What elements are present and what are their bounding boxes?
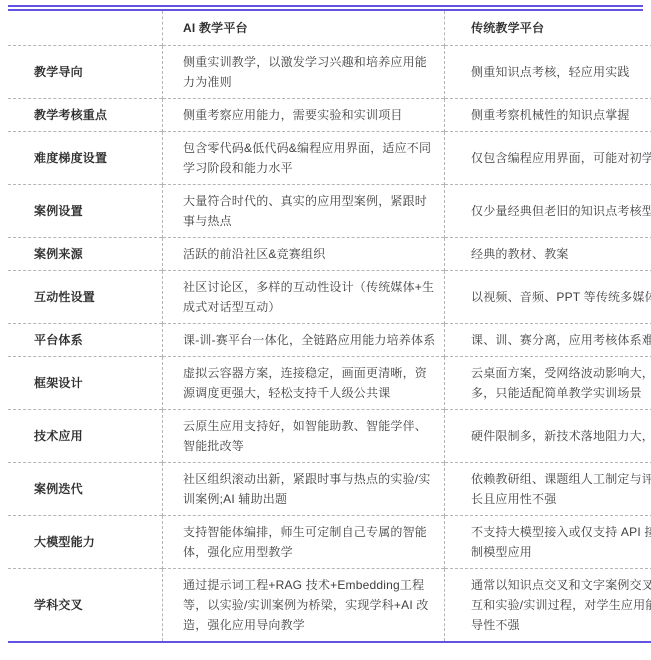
comparison-table: AI 教学平台 传统教学平台 教学导向 侧重实训教学，以激发学习兴趣和培养应用能… [8,5,643,643]
ai-platform-cell: 侧重实训教学，以激发学习兴趣和培养应用能力为准则 [163,46,445,99]
traditional-platform-cell: 课、训、赛分离，应用考核体系难系统化 [445,324,651,357]
traditional-platform-cell: 侧重考察机械性的知识点掌握 [445,99,651,132]
traditional-platform-cell: 经典的教材、教案 [445,238,651,271]
table-row: 案例来源 活跃的前沿社区&竞赛组织 经典的教材、教案 [8,238,651,271]
row-label: 难度梯度设置 [8,132,163,185]
table-header-row: AI 教学平台 传统教学平台 [8,11,651,46]
ai-platform-cell: 包含零代码&低代码&编程应用界面，适应不同学习阶段和能力水平 [163,132,445,185]
row-label: 平台体系 [8,324,163,357]
table-row: 学科交叉 通过提示词工程+RAG 技术+Embedding工程等，以实验/实训案… [8,569,651,643]
ai-platform-cell: 大量符合时代的、真实的应用型案例，紧跟时事与热点 [163,185,445,238]
page: AI 教学平台 传统教学平台 教学导向 侧重实训教学，以激发学习兴趣和培养应用能… [0,0,651,660]
row-label: 案例来源 [8,238,163,271]
traditional-platform-cell: 硬件限制多，新技术落地阻力大，部署适配困难 [445,410,651,463]
table-row: 教学考核重点 侧重考察应用能力，需要实验和实训项目 侧重考察机械性的知识点掌握 [8,99,651,132]
table-row: 框架设计 虚拟云容器方案，连接稳定，画面更清晰，资源调度更强大，轻松支持千人级公… [8,357,651,410]
ai-platform-cell: 社区讨论区，多样的互动性设计（传统媒体+生成式对话型互动） [163,271,445,324]
traditional-platform-cell: 仅少量经典但老旧的知识点考核型案例 [445,185,651,238]
table-row: 平台体系 课-训-赛平台一体化，全链路应用能力培养体系 课、训、赛分离，应用考核… [8,324,651,357]
table-row: 大模型能力 支持智能体编排，师生可定制自己专属的智能体，强化应用型教学 不支持大… [8,516,651,569]
row-label: 技术应用 [8,410,163,463]
traditional-platform-cell: 侧重知识点考核，轻应用实践 [445,46,651,99]
traditional-platform-cell: 依赖教研组、课题组人工制定与评审，更新周期长且应用性不强 [445,463,651,516]
table-row: 教学导向 侧重实训教学，以激发学习兴趣和培养应用能力为准则 侧重知识点考核，轻应… [8,46,651,99]
ai-platform-cell: 侧重考察应用能力，需要实验和实训项目 [163,99,445,132]
row-label: 教学导向 [8,46,163,99]
table-row: 案例迭代 社区组织滚动出新，紧跟时事与热点的实验/实训案例;AI 辅助出题 依赖… [8,463,651,516]
ai-platform-cell: 虚拟云容器方案，连接稳定，画面更清晰，资源调度更强大，轻松支持千人级公共课 [163,357,445,410]
row-label: 互动性设置 [8,271,163,324]
table-row: 互动性设置 社区讨论区，多样的互动性设计（传统媒体+生成式对话型互动） 以视频、… [8,271,651,324]
table-row: 难度梯度设置 包含零代码&低代码&编程应用界面，适应不同学习阶段和能力水平 仅包… [8,132,651,185]
ai-platform-cell: 活跃的前沿社区&竞赛组织 [163,238,445,271]
column-header-ai-platform: AI 教学平台 [163,11,445,46]
column-header-feature [8,11,163,46]
traditional-platform-cell: 不支持大模型接入或仅支持 API 接入，无法定制模型应用 [445,516,651,569]
ai-platform-cell: 课-训-赛平台一体化，全链路应用能力培养体系 [163,324,445,357]
traditional-platform-cell: 通常以知识点交叉和文字案例交叉为主，缺少交互和实验/实训过程，对学生应用能力建设… [445,569,651,643]
ai-platform-cell: 支持智能体编排，师生可定制自己专属的智能体，强化应用型教学 [163,516,445,569]
table-row: 技术应用 云原生应用支持好，如智能助教、智能学伴、智能批改等 硬件限制多，新技术… [8,410,651,463]
row-label: 学科交叉 [8,569,163,643]
traditional-platform-cell: 仅包含编程应用界面，可能对初学者不够友好 [445,132,651,185]
traditional-platform-cell: 云桌面方案，受网络波动影响大，资源调度限制多，只能适配简单教学实训场景 [445,357,651,410]
platform-comparison-table: AI 教学平台 传统教学平台 教学导向 侧重实训教学，以激发学习兴趣和培养应用能… [8,11,651,643]
ai-platform-cell: 云原生应用支持好，如智能助教、智能学伴、智能批改等 [163,410,445,463]
traditional-platform-cell: 以视频、音频、PPT 等传统多媒体互动为主 [445,271,651,324]
row-label: 教学考核重点 [8,99,163,132]
row-label: 大模型能力 [8,516,163,569]
table-row: 案例设置 大量符合时代的、真实的应用型案例，紧跟时事与热点 仅少量经典但老旧的知… [8,185,651,238]
ai-platform-cell: 通过提示词工程+RAG 技术+Embedding工程等，以实验/实训案例为桥梁，… [163,569,445,643]
row-label: 案例迭代 [8,463,163,516]
row-label: 框架设计 [8,357,163,410]
ai-platform-cell: 社区组织滚动出新，紧跟时事与热点的实验/实训案例;AI 辅助出题 [163,463,445,516]
column-header-traditional-platform: 传统教学平台 [445,11,651,46]
row-label: 案例设置 [8,185,163,238]
